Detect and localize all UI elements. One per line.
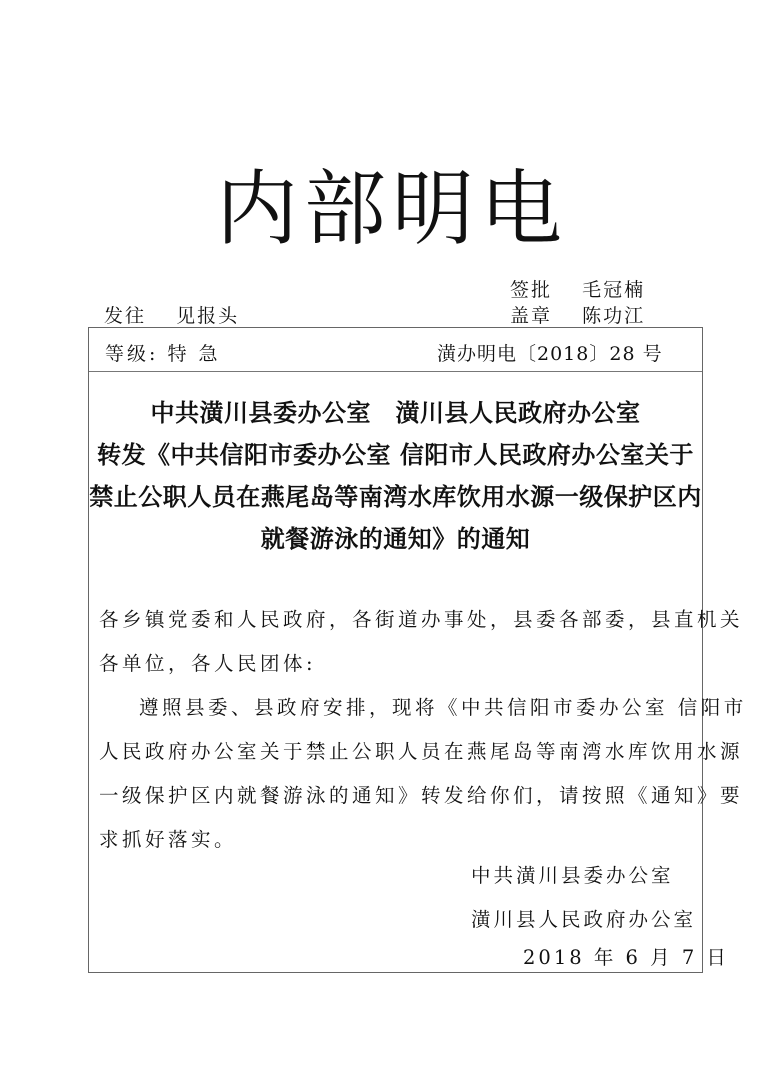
body-line-3: 一级保护区内就餐游泳的通知》转发给你们，请按照《通知》要 [99,774,743,818]
recipients-label: 发往 [104,305,146,327]
seal-label: 盖章 [510,305,552,327]
body-line-2: 人民政府办公室关于禁止公职人员在燕尾岛等南湾水库饮用水源 [99,730,743,774]
document-title: 内部明电 [0,160,784,260]
approval-label: 签批 [510,279,552,301]
seal-name: 陈功江 [582,305,645,327]
heading-line-2: 转发《中共信阳市委办公室 信阳市人民政府办公室关于 [89,434,702,476]
heading-line-3: 禁止公职人员在燕尾岛等南湾水库饮用水源一级保护区内 [89,476,702,518]
signatory-2: 潢川县人民政府办公室 [471,904,696,932]
addressee-line-2: 各单位，各人民团体: [99,642,316,686]
recipients-value: 见报头 [176,305,239,327]
document-number: 潢办明电〔2018〕28 号 [437,339,663,366]
body-line-4: 求抓好落实。 [99,818,237,862]
heading-line-4: 就餐游泳的通知》的通知 [89,518,702,560]
signatory-1: 中共潢川县委办公室 [471,860,674,888]
approval-row: 签批 毛冠楠 [510,278,645,302]
approval-name: 毛冠楠 [582,279,645,301]
addressee-line-1: 各乡镇党委和人民政府，各街道办事处，县委各部委，县直机关 [99,598,743,642]
issue-date: 2018 年 6 月 7 日 [523,942,729,970]
header-divider [89,371,702,372]
heading-line-1: 中共潢川县委办公室 潢川县人民政府办公室 [89,392,702,434]
seal-row: 盖章 陈功江 [510,304,645,328]
urgency-grade: 等级: 特 急 [105,339,221,366]
recipients-row: 发往 见报头 [104,304,239,328]
grade-label: 等级: [105,343,158,365]
document-frame: 等级: 特 急 潢办明电〔2018〕28 号 中共潢川县委办公室 潢川县人民政府… [88,327,703,973]
grade-value: 特 急 [167,343,220,365]
body-line-1: 遵照县委、县政府安排，现将《中共信阳市委办公室 信阳市 [139,686,747,730]
